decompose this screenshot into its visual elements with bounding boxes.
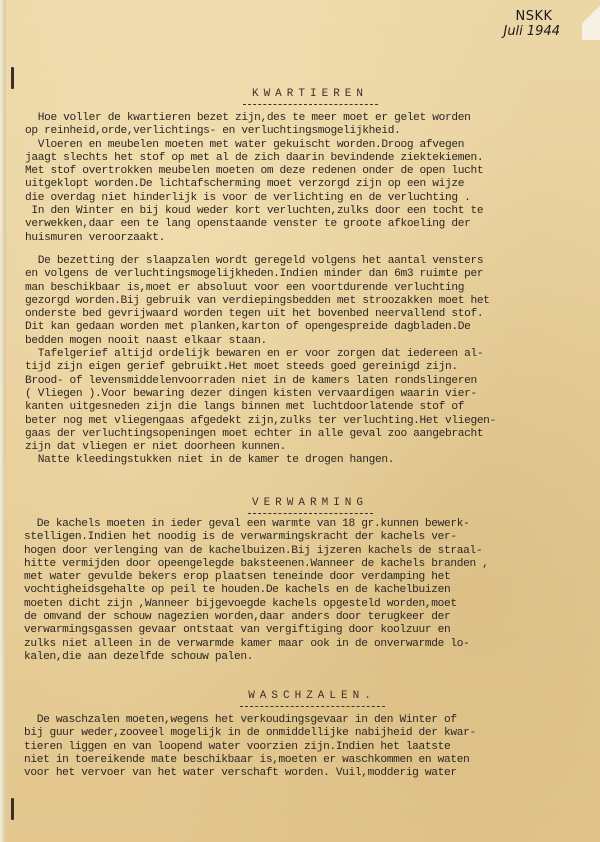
text-line: Met stof overtrokken meubelen moeten om … bbox=[25, 165, 570, 178]
annotation-date: Juli 1944 bbox=[503, 25, 560, 40]
text-line: met water gevulde bekers erop plaatsen t… bbox=[24, 571, 569, 584]
text-line: uitgeklopt worden.De lichtafscherming mo… bbox=[25, 178, 570, 191]
text-line: Hoe voller de kwartieren bezet zijn,des … bbox=[25, 112, 570, 125]
text-line: Brood- of levensmiddelenvoorraden niet i… bbox=[25, 375, 570, 388]
section-body-verwarming: De kachels moeten in ieder geval een war… bbox=[24, 518, 569, 664]
text-line: vochtigheidsgehalte op peil te houden.De… bbox=[24, 584, 569, 597]
section-title-text: VERWARMING bbox=[252, 497, 368, 509]
text-line: Vloeren en meubelen moeten met water gek… bbox=[25, 139, 570, 152]
section-body-kwartieren-part1: Hoe voller de kwartieren bezet zijn,des … bbox=[25, 112, 570, 245]
text-line: stelligen.Indien het noodig is de verwar… bbox=[24, 531, 569, 544]
text-line: De kachels moeten in ieder geval een war… bbox=[24, 518, 569, 531]
annotation-organization: NSKK bbox=[503, 10, 560, 25]
text-line: kalen,die aan dezelfde schouw palen. bbox=[24, 651, 569, 664]
text-line: gezorgd worden.Bij gebruik van verdiepin… bbox=[25, 295, 570, 308]
section-body-waschzalen: De waschzalen moeten,wegens het verkoudi… bbox=[24, 714, 569, 780]
staple-mark-top bbox=[11, 67, 14, 89]
text-line: de omvand der schouw nagezien worden,daa… bbox=[24, 611, 569, 624]
text-line: jaagt slechts het stof op met al de zich… bbox=[25, 152, 570, 165]
paper-corner-fold bbox=[582, 0, 600, 40]
document-page: NSKK Juli 1944 KWARTIEREN Hoe voller de … bbox=[0, 0, 600, 842]
section-title-text: KWARTIEREN bbox=[252, 88, 368, 100]
text-line: zijn dat vliegen er niet doorheen kunnen… bbox=[25, 441, 570, 454]
text-line: voor het vervoer van het water verschaft… bbox=[24, 767, 569, 780]
title-underline bbox=[248, 513, 373, 514]
text-line: kanten uitgesneden zijn die langs binnen… bbox=[25, 401, 570, 414]
text-line: gaas der verluchtingsopeningen moet echt… bbox=[25, 428, 570, 441]
text-line: die overdag niet hinderlijk is voor de v… bbox=[25, 192, 570, 205]
text-line: op reinheid,orde,verlichtings- en verluc… bbox=[25, 125, 570, 138]
text-line: verwarmingsgassen gevaar ontstaat van ve… bbox=[24, 624, 569, 637]
section-body-kwartieren-part2: De bezetting der slaapzalen wordt gerege… bbox=[25, 255, 570, 468]
title-underline bbox=[240, 706, 385, 707]
text-line: In den Winter en bij koud weder kort ver… bbox=[25, 205, 570, 218]
text-line: huismuren veroorzaakt. bbox=[25, 232, 570, 245]
text-line: bedden mogen nooit naast elkaar staan. bbox=[25, 335, 570, 348]
text-line: bij guur weder,zooveel mogelijk in de on… bbox=[24, 727, 569, 740]
text-line: beter nog met vliegengaas afgedekt zijn,… bbox=[25, 415, 570, 428]
text-line: verwekken,daar een te lang openstaande v… bbox=[25, 218, 570, 231]
text-line: niet in toereikende mate beschikbaar is,… bbox=[24, 754, 569, 767]
text-line: en volgens de verluchtingsmogelijkheden.… bbox=[25, 268, 570, 281]
section-title-text: WASCHZALEN. bbox=[248, 690, 376, 702]
text-line: ( Vliegen ).Voor bewaring dezer dingen k… bbox=[25, 388, 570, 401]
paper-edge bbox=[0, 0, 6, 842]
title-underline bbox=[243, 104, 378, 105]
text-line: Dit kan gedaan worden met planken,karton… bbox=[25, 321, 570, 334]
text-line: tieren liggen en van loopend water voorz… bbox=[24, 741, 569, 754]
text-line: hogen door verlenging van de kachelbuize… bbox=[24, 545, 569, 558]
section-title-waschzalen: WASCHZALEN. bbox=[12, 690, 600, 707]
text-line: hitte vermijden door opeengelegde bakste… bbox=[24, 558, 569, 571]
text-line: moeten dicht zijn ,Wanneer bijgevoegde k… bbox=[24, 598, 569, 611]
text-line: zulks niet alleen in de verwarmde kamer … bbox=[24, 638, 569, 651]
staple-mark-bottom bbox=[11, 798, 14, 820]
text-line: Natte kleedingstukken niet in de kamer t… bbox=[25, 454, 570, 467]
text-line: man beschikbaar is,moet er absoluut voor… bbox=[25, 282, 570, 295]
text-line: De waschzalen moeten,wegens het verkoudi… bbox=[24, 714, 569, 727]
section-title-kwartieren: KWARTIEREN bbox=[10, 88, 600, 105]
text-line: tijd zijn eigen gerief gebruikt.Het moet… bbox=[25, 361, 570, 374]
text-line: De bezetting der slaapzalen wordt gerege… bbox=[25, 255, 570, 268]
handwritten-annotation: NSKK Juli 1944 bbox=[503, 10, 560, 40]
text-line: onderste bed gevrijwaard worden tegen ui… bbox=[25, 308, 570, 321]
text-line: Tafelgerief altijd ordelijk bewaren en e… bbox=[25, 348, 570, 361]
section-title-verwarming: VERWARMING bbox=[10, 497, 600, 514]
